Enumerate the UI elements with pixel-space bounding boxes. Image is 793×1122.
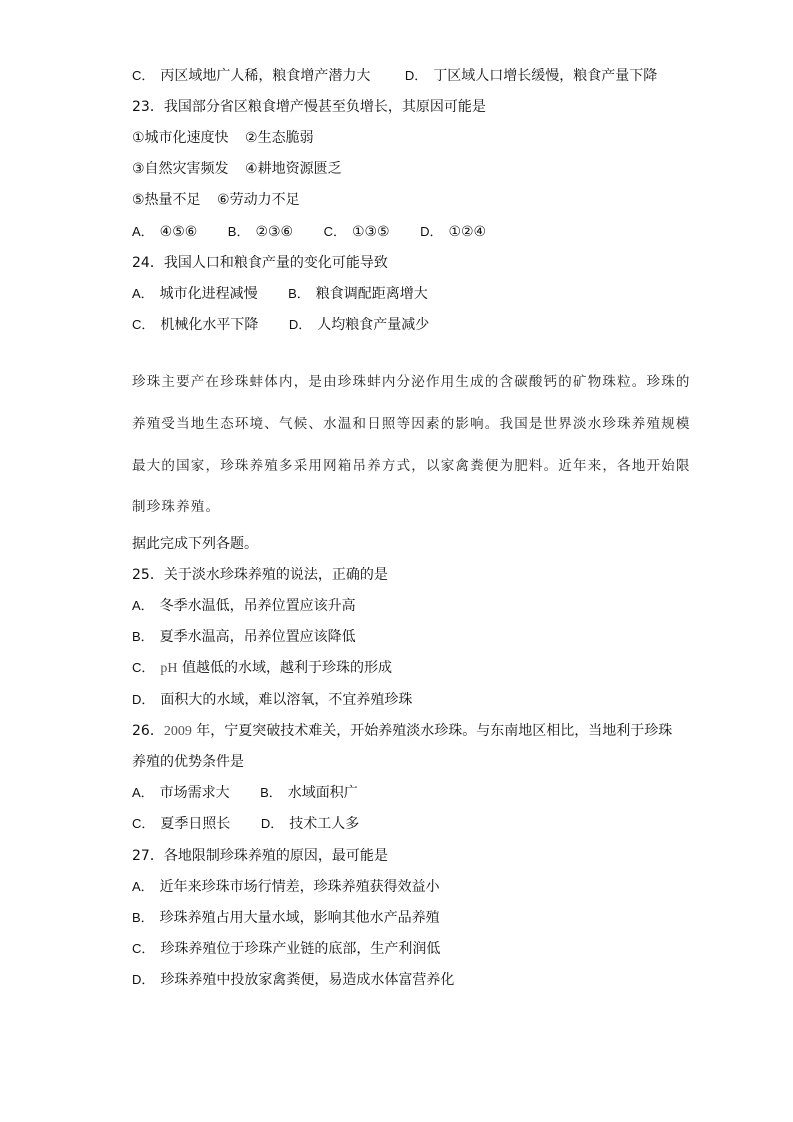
q27-option-c[interactable]: C．珍珠养殖位于珍珠产业链的底部，生产利润低: [132, 940, 440, 958]
q26-options-cd: C．夏季日照长 D．技术工人多: [132, 815, 359, 833]
q23-item-5: ⑤热量不足: [132, 192, 201, 208]
q24-option-d[interactable]: D．人均粮食产量减少: [289, 316, 429, 334]
q24-options-ab: A．城市化进程减慢 B．粮食调配距离增大: [132, 285, 428, 303]
q23-item-6: ⑥劳动力不足: [217, 192, 300, 208]
q26-option-a[interactable]: A．市场需求大: [132, 784, 230, 802]
q25-option-d[interactable]: D．面积大的水域，难以溶氧，不宜养殖珍珠: [132, 691, 412, 709]
q23-items-row1: ①城市化速度快 ②生态脆弱: [132, 129, 314, 147]
q26-stem-line1: 26．2009 年，宁夏突破技术难关，开始养殖淡水珍珠。与东南地区相比，当地利于…: [132, 722, 672, 741]
q27-stem: 27．各地限制珍珠养殖的原因，最可能是: [132, 847, 388, 865]
passage-line-4: 制珍珠养殖。: [132, 498, 220, 516]
q23-option-b[interactable]: B．②③⑥: [228, 223, 293, 241]
q22-option-d: D．丁区域人口增长缓慢，粮食产量下降: [405, 67, 657, 85]
q24-stem: 24．我国人口和粮食产量的变化可能导致: [132, 254, 388, 272]
q23-items-row3: ⑤热量不足 ⑥劳动力不足: [132, 191, 300, 209]
q23-option-d[interactable]: D．①②④: [420, 223, 486, 241]
q23-option-a[interactable]: A．④⑤⑥: [132, 223, 197, 241]
q26-options-ab: A．市场需求大 B．水域面积广: [132, 784, 358, 802]
q23-item-1: ①城市化速度快: [132, 130, 229, 146]
q25-stem: 25．关于淡水珍珠养殖的说法，正确的是: [132, 566, 388, 584]
q23-item-3: ③自然灾害频发: [132, 161, 229, 177]
q26-option-c[interactable]: C．夏季日照长: [132, 815, 230, 833]
q22-option-c: C．丙区域地广人稀，粮食增产潜力大: [132, 67, 370, 85]
q27-option-a[interactable]: A．近年来珍珠市场行情差，珍珠养殖获得效益小: [132, 878, 440, 896]
q25-option-a[interactable]: A．冬季水温低，吊养位置应该升高: [132, 597, 356, 615]
q27-option-d[interactable]: D．珍珠养殖中投放家禽粪便，易造成水体富营养化: [132, 971, 454, 989]
passage-line-2: 养殖受当地生态环境、气候、水温和日照等因素的影响。我国是世界淡水珍珠养殖规模: [132, 415, 691, 433]
q26-option-b[interactable]: B．水域面积广: [260, 784, 358, 802]
q26-option-d[interactable]: D．技术工人多: [261, 815, 359, 833]
q23-items-row2: ③自然灾害频发 ④耕地资源匮乏: [132, 160, 342, 178]
q24-option-c[interactable]: C．机械化水平下降: [132, 316, 258, 334]
passage-instruction: 据此完成下列各题。: [132, 535, 258, 553]
q24-options-cd: C．机械化水平下降 D．人均粮食产量减少: [132, 316, 429, 334]
q23-item-2: ②生态脆弱: [245, 130, 314, 146]
q25-option-c[interactable]: C．pH 值越低的水域，越利于珍珠的形成: [132, 659, 392, 678]
q26-stem-line2: 养殖的优势条件是: [132, 753, 244, 771]
q25-option-b[interactable]: B．夏季水温高，吊养位置应该降低: [132, 628, 356, 646]
q23-stem: 23．我国部分省区粮食增产慢甚至负增长，其原因可能是: [132, 98, 486, 116]
q27-option-b[interactable]: B．珍珠养殖占用大量水域，影响其他水产品养殖: [132, 909, 440, 927]
q24-option-b[interactable]: B．粮食调配距离增大: [288, 285, 428, 303]
q24-option-a[interactable]: A．城市化进程减慢: [132, 285, 258, 303]
q23-options: A．④⑤⑥ B．②③⑥ C．①③⑤ D．①②④: [132, 223, 486, 241]
q23-item-4: ④耕地资源匮乏: [245, 161, 342, 177]
q22-options-cd: C．丙区域地广人稀，粮食增产潜力大 D．丁区域人口增长缓慢，粮食产量下降: [132, 67, 657, 85]
passage-line-3: 最大的国家，珍珠养殖多采用网箱吊养方式，以家禽粪便为肥料。近年来，各地开始限: [132, 457, 691, 475]
passage-line-1: 珍珠主要产在珍珠蚌体内，是由珍珠蚌内分泌作用生成的含碳酸钙的矿物珠粒。珍珠的: [132, 373, 691, 391]
q23-option-c[interactable]: C．①③⑤: [324, 223, 390, 241]
